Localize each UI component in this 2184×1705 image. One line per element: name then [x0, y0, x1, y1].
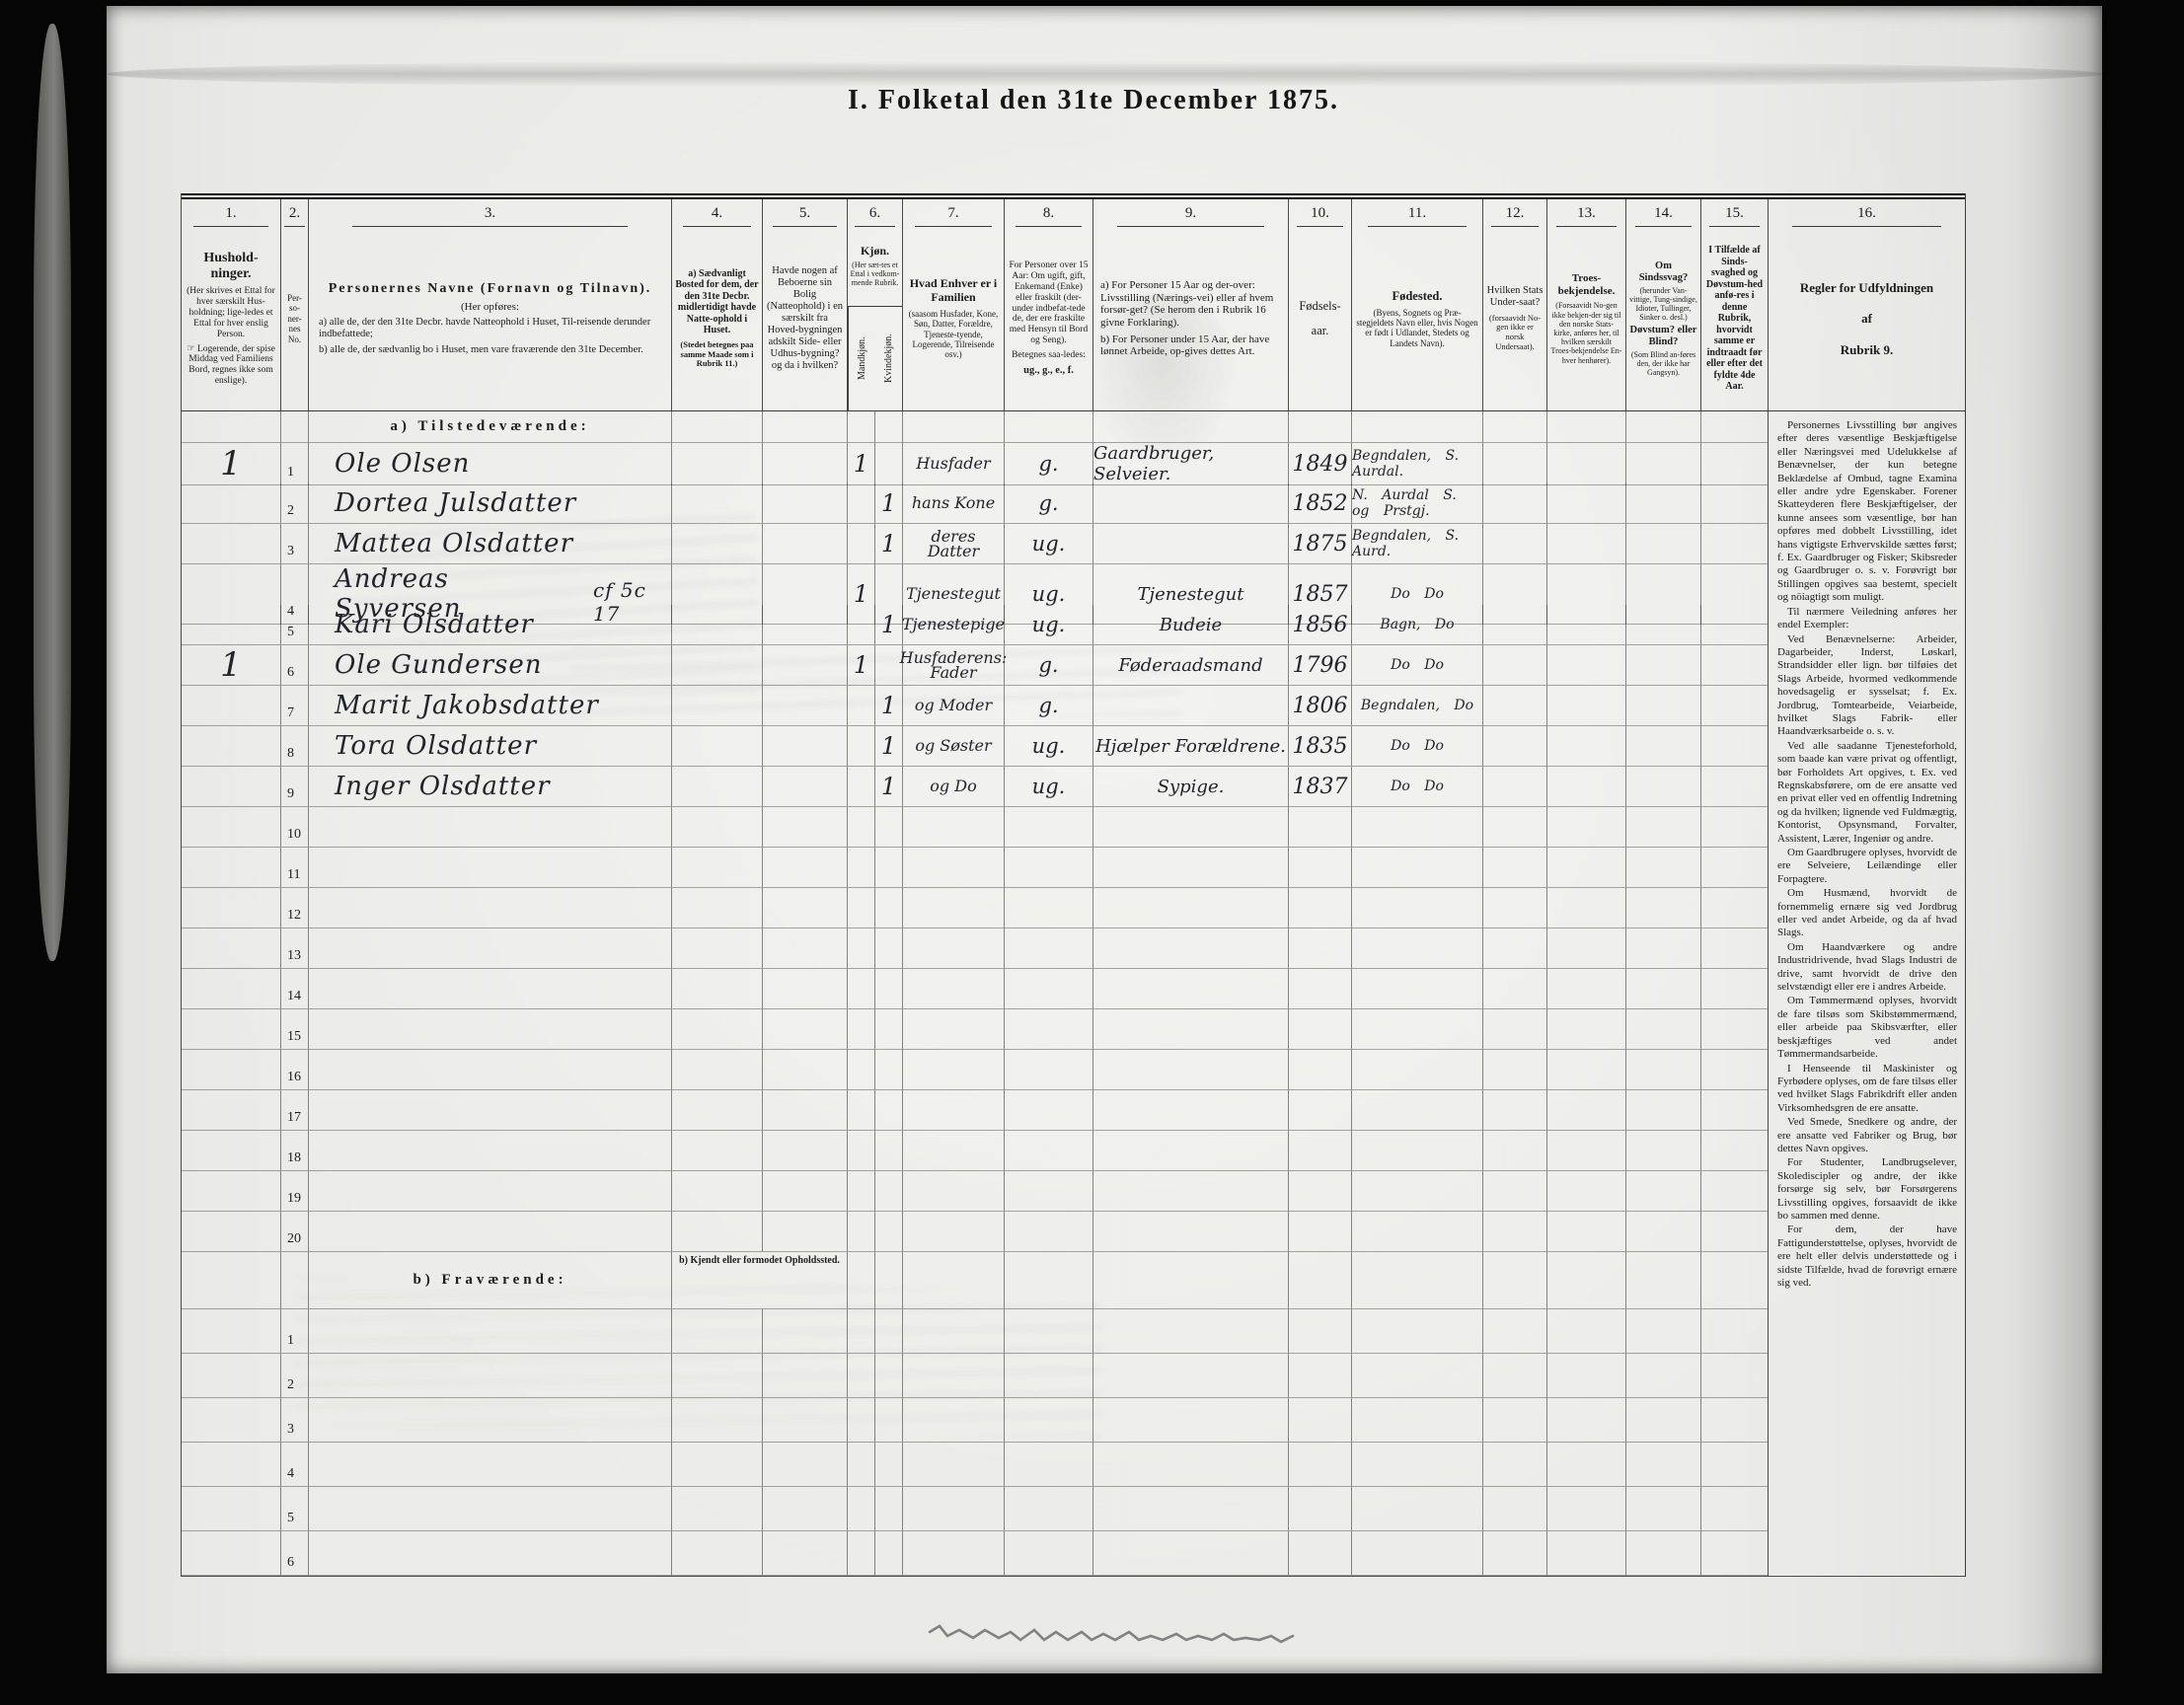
- year-cell: [1288, 848, 1351, 888]
- birthplace-cell: [1351, 888, 1482, 928]
- col-title: Fødsels- aar.: [1292, 294, 1348, 343]
- usual-residence-cell: [671, 605, 762, 645]
- occupation: [1092, 483, 1288, 524]
- col-note: (Her opføres:: [319, 301, 661, 314]
- col-title: Kjøn.: [850, 245, 900, 259]
- outbuilding-cell: [762, 726, 847, 767]
- year-cell: [1288, 1354, 1351, 1398]
- religion-cell: [1546, 1354, 1625, 1398]
- outbuilding-cell: [762, 524, 847, 564]
- household-cell: [182, 1252, 280, 1309]
- citizenship-cell: [1482, 1090, 1546, 1131]
- male-cell: [847, 1487, 874, 1531]
- outbuilding-cell: [762, 1212, 847, 1252]
- person-name-cell: [308, 807, 671, 848]
- family-cell: [902, 969, 1004, 1009]
- disability-cell: [1625, 969, 1700, 1009]
- female-cell: [874, 848, 902, 888]
- col-note: (herunder Van-vittige, Tung-sindige, Idi…: [1629, 286, 1697, 323]
- column-number: 9.: [1093, 199, 1288, 227]
- outbuilding-cell: [762, 969, 847, 1009]
- occupation-cell: [1092, 1443, 1288, 1487]
- citizenship-cell: [1482, 645, 1546, 686]
- occupation: Gaardbruger, Selveier.: [1092, 443, 1288, 485]
- col-title-b: b) For Personer under 15 Aar, der have l…: [1100, 334, 1281, 358]
- male-cell: [847, 928, 874, 969]
- citizenship-cell: [1482, 1443, 1546, 1487]
- status-cell: [1004, 1131, 1092, 1171]
- female-mark: 1: [874, 686, 902, 726]
- disability-cell: [1625, 726, 1700, 767]
- column-number: 3.: [309, 199, 671, 227]
- birthplace-cell: [1351, 848, 1482, 888]
- family-cell: [902, 1009, 1004, 1050]
- household-mark-handwritten: [182, 483, 280, 524]
- disability-cell: [1625, 807, 1700, 848]
- family-position: hans Kone: [902, 483, 1004, 524]
- household-cell: [182, 1398, 280, 1443]
- empty-census-row: 17: [182, 1090, 1768, 1131]
- citizenship-cell: [1482, 767, 1546, 807]
- marital-status: g.: [1004, 443, 1092, 485]
- family-cell: [902, 888, 1004, 928]
- religion-cell: [1546, 1050, 1625, 1090]
- female-cell: [874, 1531, 902, 1576]
- male-cell: [847, 848, 874, 888]
- disability-onset-cell: [1700, 807, 1768, 848]
- birthplace-cell: [1351, 1354, 1482, 1398]
- family-cell: [902, 1090, 1004, 1131]
- census-table: 1. Hushold- ninger. (Her skrives et Etta…: [181, 193, 1966, 1577]
- religion-cell: [1546, 686, 1625, 726]
- family-cell: [902, 411, 1004, 443]
- disability-onset-cell: [1700, 767, 1768, 807]
- status-cell: [1004, 848, 1092, 888]
- family-position: Tjenestepige: [902, 605, 1004, 645]
- male-cell: [847, 1050, 874, 1090]
- person-number-cell: [280, 1252, 308, 1309]
- outbuilding-cell: [762, 1171, 847, 1212]
- birthplace: Do Do: [1351, 767, 1482, 807]
- usual-residence-cell: [671, 686, 762, 726]
- occupation-cell: [1092, 848, 1288, 888]
- disability-onset-cell: [1700, 1171, 1768, 1212]
- citizenship-cell: [1482, 928, 1546, 969]
- pencil-scribble: [926, 1620, 1320, 1646]
- person-name-text: Ole Gundersen: [335, 650, 542, 680]
- usual-residence-cell: [671, 888, 762, 928]
- birth-year: 1796: [1288, 645, 1351, 686]
- page-title: I. Folketal den 31te December 1875.: [659, 85, 1528, 116]
- usual-residence-cell: [671, 848, 762, 888]
- female-mark: [874, 645, 902, 686]
- religion-cell: [1546, 524, 1625, 564]
- rows-area: a) Tilstedeværende:11Ole Olsen1Husfaderg…: [182, 411, 1768, 1576]
- empty-census-row: 2: [182, 1354, 1768, 1398]
- col-note: (Her skrives et Ettal for hver særskilt …: [185, 286, 277, 340]
- empty-census-row: 18: [182, 1131, 1768, 1171]
- col-title: Fødested.: [1355, 289, 1479, 303]
- col-title: Hvilken Stats Under-saat?: [1486, 285, 1544, 309]
- year-cell: [1288, 928, 1351, 969]
- disability-cell: [1625, 1252, 1700, 1309]
- disability-onset-cell: [1700, 1212, 1768, 1252]
- disability-onset-cell: [1700, 605, 1768, 645]
- household-cell: [182, 1131, 280, 1171]
- year-cell: [1288, 1009, 1351, 1050]
- empty-census-row: 4: [182, 1443, 1768, 1487]
- usual-residence-cell: [671, 928, 762, 969]
- male-cell: [847, 1443, 874, 1487]
- marital-status: ug.: [1004, 726, 1092, 767]
- occupation-cell: [1092, 1212, 1288, 1252]
- usual-residence-cell: [671, 1398, 762, 1443]
- col-title: Havde nogen af Beboerne sin Bolig (Natte…: [766, 265, 844, 373]
- disability-cell: [1625, 686, 1700, 726]
- birthplace: Begndalen, S. Aurd.: [1351, 524, 1482, 564]
- disability-onset-cell: [1700, 443, 1768, 485]
- disability-cell: [1625, 605, 1700, 645]
- rules-paragraph: Om Gaardbrugere oplyses, hvorvidt de ere…: [1777, 847, 1957, 886]
- occupation: Hjælper Forældrene.: [1092, 726, 1288, 767]
- usual-residence-cell: [671, 1487, 762, 1531]
- outbuilding-cell: [762, 483, 847, 524]
- status-cell: [1004, 1009, 1092, 1050]
- family-position: Husfaderens: Fader: [902, 645, 1004, 686]
- person-number: 12: [280, 888, 308, 928]
- disability-onset-cell: [1700, 848, 1768, 888]
- citizenship-cell: [1482, 888, 1546, 928]
- col-disability-onset: 15. I Tilfælde af Sinds-svaghed og Døvst…: [1700, 199, 1768, 410]
- census-person-row: 5Kari Olsdatter1Tjenestepigeug.Budeie185…: [182, 605, 1768, 645]
- disability-onset-cell: [1700, 1443, 1768, 1487]
- male-cell: [847, 1009, 874, 1050]
- disability-cell: [1625, 1009, 1700, 1050]
- empty-census-row: 20: [182, 1212, 1768, 1252]
- disability-cell: [1625, 1090, 1700, 1131]
- col-note: Betegnes saa-ledes:: [1008, 350, 1090, 361]
- male-mark: [847, 726, 874, 767]
- disability-onset-cell: [1700, 1531, 1768, 1576]
- birthplace: Bagn, Do: [1351, 605, 1482, 645]
- disability-onset-cell: [1700, 969, 1768, 1009]
- absent-note: b) Kjendt eller formodet Opholdssted.: [671, 1252, 847, 1309]
- status-cell: [1004, 888, 1092, 928]
- birthplace-cell: [1351, 1171, 1482, 1212]
- religion-cell: [1546, 1398, 1625, 1443]
- usual-residence-cell: [671, 969, 762, 1009]
- outbuilding-cell: [762, 686, 847, 726]
- household-cell: [182, 807, 280, 848]
- usual-residence-cell: [671, 1171, 762, 1212]
- person-number: 9: [280, 767, 308, 807]
- household-cell: [182, 969, 280, 1009]
- birthplace-cell: [1351, 1090, 1482, 1131]
- female-cell: [874, 1212, 902, 1252]
- census-person-row: 7Marit Jakobsdatter1og Moderg.1806Begnda…: [182, 686, 1768, 726]
- female-cell: [874, 411, 902, 443]
- family-position: Husfader: [902, 443, 1004, 485]
- occupation-cell: [1092, 411, 1288, 443]
- person-number: 1: [280, 1309, 308, 1354]
- person-name: Ole Olsen: [308, 443, 671, 485]
- citizenship-cell: [1482, 483, 1546, 524]
- census-person-row: 3Mattea Olsdatter1deres Datterug.1875Beg…: [182, 524, 1768, 564]
- family-cell: [902, 1131, 1004, 1171]
- usual-residence-cell: [671, 1531, 762, 1576]
- family-cell: [902, 1531, 1004, 1576]
- birth-year: 1806: [1288, 686, 1351, 726]
- empty-census-row: 19: [182, 1171, 1768, 1212]
- family-cell: [902, 848, 1004, 888]
- table-body: a) Tilstedeværende:11Ole Olsen1Husfaderg…: [182, 411, 1965, 1576]
- person-number: 10: [280, 807, 308, 848]
- disability-onset-cell: [1700, 1090, 1768, 1131]
- census-person-row: 4Andreas Syversencf 5c 171Tjenestegutug.…: [182, 564, 1768, 605]
- column-number: 16.: [1769, 199, 1965, 227]
- birthplace-cell: [1351, 1309, 1482, 1354]
- person-number: 3: [280, 524, 308, 564]
- disability-onset-cell: [1700, 1252, 1768, 1309]
- outbuilding-cell: [762, 1487, 847, 1531]
- female-mark: 1: [874, 524, 902, 564]
- family-cell: [902, 928, 1004, 969]
- citizenship-cell: [1482, 807, 1546, 848]
- person-name: Tora Olsdatter: [308, 726, 671, 767]
- occupation-cell: [1092, 1090, 1288, 1131]
- col-title: Per- so- ner- nes No.: [284, 293, 305, 344]
- household-cell: [182, 1487, 280, 1531]
- year-cell: [1288, 411, 1351, 443]
- rules-paragraph: For dem, der have Fattigunderstøttelse, …: [1777, 1223, 1957, 1290]
- family-position: deres Datter: [902, 524, 1004, 564]
- col-note: (Forsaavidt No-gen ikke bekjen-der sig t…: [1550, 301, 1622, 364]
- religion-cell: [1546, 928, 1625, 969]
- male-cell: [847, 1131, 874, 1171]
- col-note: ☞ Logerende, der spise Middag ved Famili…: [185, 344, 277, 388]
- census-person-row: 16Ole Gundersen1Husfaderens: Faderg.Føde…: [182, 645, 1768, 686]
- person-number: 2: [280, 483, 308, 524]
- col-note: (Stedet betegnes paa samme Maade som i R…: [675, 340, 759, 369]
- person-name-text: Inger Olsdatter: [335, 772, 551, 801]
- birthplace-cell: [1351, 1212, 1482, 1252]
- usual-residence-cell: [671, 1212, 762, 1252]
- marital-status: ug.: [1004, 605, 1092, 645]
- person-name-cell: [308, 969, 671, 1009]
- family-cell: [902, 1050, 1004, 1090]
- usual-residence-cell: [671, 726, 762, 767]
- status-cell: [1004, 1354, 1092, 1398]
- rules-paragraph: For Studenter, Landbrugselever, Skoledis…: [1777, 1156, 1957, 1223]
- person-number: 4: [280, 1443, 308, 1487]
- disability-onset-cell: [1700, 928, 1768, 969]
- person-number: 18: [280, 1131, 308, 1171]
- family-cell: [902, 1443, 1004, 1487]
- disability-onset-cell: [1700, 1050, 1768, 1090]
- birth-year: 1875: [1288, 524, 1351, 564]
- outbuilding-cell: [762, 807, 847, 848]
- birthplace-cell: [1351, 411, 1482, 443]
- religion-cell: [1546, 483, 1625, 524]
- female-cell: [874, 1252, 902, 1309]
- empty-census-row: 14: [182, 969, 1768, 1009]
- female-mark: 1: [874, 726, 902, 767]
- year-cell: [1288, 969, 1351, 1009]
- scanned-census-page: { "page": { "title": "I. Folketal den 31…: [0, 0, 2184, 1705]
- year-cell: [1288, 1050, 1351, 1090]
- outbuilding-cell: [762, 1050, 847, 1090]
- religion-cell: [1546, 1090, 1625, 1131]
- household-mark-handwritten: 1: [182, 443, 280, 485]
- col-rules: 16. Regler for Udfyldningen af Rubrik 9.: [1768, 199, 1965, 410]
- column-number: 5.: [763, 199, 847, 227]
- birthplace-cell: [1351, 1050, 1482, 1090]
- person-name-text: Kari Olsdatter: [335, 610, 534, 639]
- family-cell: [902, 1252, 1004, 1309]
- disability-onset-cell: [1700, 686, 1768, 726]
- marital-status: g.: [1004, 645, 1092, 686]
- col-citizenship: 12. Hvilken Stats Under-saat? (forsaavid…: [1482, 199, 1546, 410]
- household-cell: [182, 848, 280, 888]
- occupation-cell: [1092, 888, 1288, 928]
- col-note-a: a) alle de, der den 31te Decbr. havde Na…: [319, 317, 661, 340]
- male-mark: 1: [847, 443, 874, 485]
- female-cell: [874, 888, 902, 928]
- status-cell: [1004, 928, 1092, 969]
- disability-cell: [1625, 524, 1700, 564]
- disability-cell: [1625, 888, 1700, 928]
- birthplace-cell: [1351, 1487, 1482, 1531]
- empty-census-row: 10: [182, 807, 1768, 848]
- citizenship-cell: [1482, 1009, 1546, 1050]
- status-cell: [1004, 1171, 1092, 1212]
- person-number: 15: [280, 1009, 308, 1050]
- family-cell: [902, 807, 1004, 848]
- outbuilding-cell: [762, 645, 847, 686]
- section-label: b) Fraværende:: [308, 1252, 671, 1309]
- family-cell: [902, 1309, 1004, 1354]
- outbuilding-cell: [762, 1443, 847, 1487]
- birthplace: Begndalen, S. Aurdal.: [1351, 443, 1482, 485]
- occupation-cell: [1092, 928, 1288, 969]
- birthplace-cell: [1351, 1398, 1482, 1443]
- occupation-cell: [1092, 1131, 1288, 1171]
- occupation: Sypige.: [1092, 767, 1288, 807]
- religion-cell: [1546, 1443, 1625, 1487]
- status-cell: [1004, 1090, 1092, 1131]
- household-mark-handwritten: [182, 605, 280, 645]
- family-cell: [902, 1212, 1004, 1252]
- occupation-cell: [1092, 1171, 1288, 1212]
- person-number: 11: [280, 848, 308, 888]
- person-name-cell: [308, 1398, 671, 1443]
- col-note: (Byens, Sognets og Præ-stegjeldets Navn …: [1355, 308, 1479, 348]
- occupation-cell: [1092, 969, 1288, 1009]
- person-number: 1: [280, 443, 308, 485]
- person-number-cell: [280, 411, 308, 443]
- column-number: 4.: [672, 199, 762, 227]
- col-title: Om Sindssvag?: [1629, 260, 1697, 284]
- religion-cell: [1546, 443, 1625, 485]
- birthplace: Do Do: [1351, 726, 1482, 767]
- column-number: 1.: [182, 199, 280, 227]
- male-cell: [847, 1309, 874, 1354]
- occupation-cell: [1092, 1309, 1288, 1354]
- disability-cell: [1625, 1398, 1700, 1443]
- census-person-row: 11Ole Olsen1Husfaderg.Gaardbruger, Selve…: [182, 443, 1768, 483]
- female-cell: [874, 969, 902, 1009]
- citizenship-cell: [1482, 1309, 1546, 1354]
- religion-cell: [1546, 605, 1625, 645]
- outbuilding-cell: [762, 888, 847, 928]
- status-cell: [1004, 1050, 1092, 1090]
- status-cell: [1004, 807, 1092, 848]
- table-header: 1. Hushold- ninger. (Her skrives et Etta…: [182, 193, 1965, 411]
- outbuilding-cell: [762, 1009, 847, 1050]
- religion-cell: [1546, 1252, 1625, 1309]
- person-number: 2: [280, 1354, 308, 1398]
- female-cell: [874, 1354, 902, 1398]
- male-mark: [847, 686, 874, 726]
- col-title-2: Døvstum? eller Blind?: [1629, 325, 1697, 348]
- citizenship-cell: [1482, 686, 1546, 726]
- person-name: Marit Jakobsdatter: [308, 686, 671, 726]
- col-sex: 6. Kjøn. (Her sæt-tes et Ettal i vedkom-…: [847, 199, 902, 410]
- usual-residence-cell: [671, 807, 762, 848]
- year-cell: [1288, 888, 1351, 928]
- usual-residence-cell: [671, 1443, 762, 1487]
- family-cell: [902, 1398, 1004, 1443]
- religion-cell: [1546, 969, 1625, 1009]
- birthplace-cell: [1351, 969, 1482, 1009]
- subcol-female: Kvindekjøn.: [875, 307, 902, 410]
- person-name-text: Ole Olsen: [335, 449, 470, 479]
- status-cell: [1004, 1487, 1092, 1531]
- female-cell: [874, 1171, 902, 1212]
- female-mark: [874, 443, 902, 485]
- col-note-2: (Som Blind an-føres den, der ikke har Ga…: [1629, 350, 1697, 378]
- birthplace: N. Aurdal S. og Prstgj.: [1351, 483, 1482, 524]
- col-disability: 14. Om Sindssvag? (herunder Van-vittige,…: [1625, 199, 1700, 410]
- subcol-male: Mandkjøn.: [848, 307, 875, 410]
- female-cell: [874, 807, 902, 848]
- col-occupation: 9. a) For Personer 15 Aar og der-over: L…: [1092, 199, 1288, 410]
- occupation-cell: [1092, 807, 1288, 848]
- family-cell: [902, 1487, 1004, 1531]
- col-codes: ug., g., e., f.: [1008, 365, 1090, 377]
- person-number: 16: [280, 1050, 308, 1090]
- female-cell: [874, 1309, 902, 1354]
- religion-cell: [1546, 848, 1625, 888]
- citizenship-cell: [1482, 1252, 1546, 1309]
- person-name-text: Dortea Julsdatter: [335, 488, 576, 518]
- person-number: 5: [280, 1487, 308, 1531]
- occupation-cell: [1092, 1354, 1288, 1398]
- year-cell: [1288, 1531, 1351, 1576]
- year-cell: [1288, 1443, 1351, 1487]
- status-cell: [1004, 1309, 1092, 1354]
- person-name-cell: [308, 928, 671, 969]
- usual-residence-cell: [671, 767, 762, 807]
- disability-cell: [1625, 928, 1700, 969]
- status-cell: [1004, 411, 1092, 443]
- col-outbuilding: 5. Havde nogen af Beboerne sin Bolig (Na…: [762, 199, 847, 410]
- person-name: Ole Gundersen: [308, 645, 671, 686]
- birthplace: Do Do: [1351, 645, 1482, 686]
- disability-cell: [1625, 443, 1700, 485]
- religion-cell: [1546, 1009, 1625, 1050]
- empty-census-row: 12: [182, 888, 1768, 928]
